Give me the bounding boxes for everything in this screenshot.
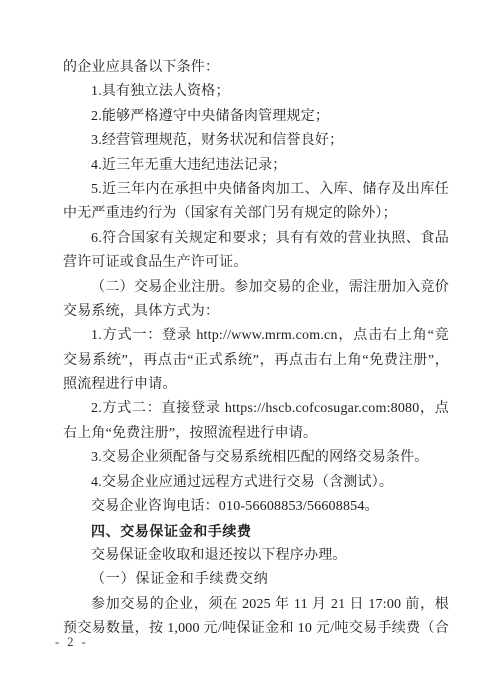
text-line: 右上角“免费注册”，按照流程进行申请。 — [63, 422, 449, 446]
text-line: 1.方式一：登录 http://www.mrm.com.cn，点击右上角“竞价 — [63, 324, 449, 348]
text-line: 2.方式二：直接登录 https://hscb.cofcosugar.com:8… — [63, 397, 449, 421]
text-line: 交易系统”，再点击“正式系统”，再点击右上角“免费注册”，按 — [63, 349, 449, 373]
text-line: 1.具有独立法人资格； — [63, 80, 449, 104]
text-line: 4.交易企业应通过远程方式进行交易（含测试）。 — [63, 471, 449, 495]
text-line: （一）保证金和手续费交纳 — [63, 568, 449, 592]
text-line: 中无严重违约行为（国家有关部门另有规定的除外）； — [63, 202, 449, 226]
text-line: 预交易数量，按 1,000 元/吨保证金和 10 元/吨交易手续费（合 — [63, 617, 449, 641]
text-line: 营许可证或食品生产许可证。 — [63, 251, 449, 275]
text-line: 6.符合国家有关规定和要求；具有有效的营业执照、食品经 — [63, 227, 449, 251]
text-line: 3.经营管理规范，财务状况和信誉良好； — [63, 129, 449, 153]
text-line: 4.近三年无重大违纪违法记录； — [63, 154, 449, 178]
text-line: 2.能够严格遵守中央储备肉管理规定； — [63, 105, 449, 129]
document-body: 的企业应具备以下条件： 1.具有独立法人资格； 2.能够严格遵守中央储备肉管理规… — [63, 56, 449, 641]
text-line: 5.近三年内在承担中央储备肉加工、入库、储存及出库任务 — [63, 178, 449, 202]
text-line: 交易企业咨询电话：010-56608853/56608854。 — [63, 495, 449, 519]
text-line: 3.交易企业须配备与交易系统相匹配的网络交易条件。 — [63, 446, 449, 470]
text-line: 交易保证金收取和退还按以下程序办理。 — [63, 544, 449, 568]
text-line: 交易系统，具体方式为： — [63, 300, 449, 324]
text-line: 四、交易保证金和手续费 — [63, 519, 449, 543]
text-line: （二）交易企业注册。参加交易的企业，需注册加入竞价 — [63, 276, 449, 300]
text-line: 照流程进行申请。 — [63, 373, 449, 397]
page-number: - 2 - — [55, 635, 88, 650]
text-line: 的企业应具备以下条件： — [63, 56, 449, 80]
text-line: 参加交易的企业，须在 2025 年 11 月 21 日 17:00 前，根据 — [63, 593, 449, 617]
document-page: 的企业应具备以下条件： 1.具有独立法人资格； 2.能够严格遵守中央储备肉管理规… — [0, 0, 494, 700]
